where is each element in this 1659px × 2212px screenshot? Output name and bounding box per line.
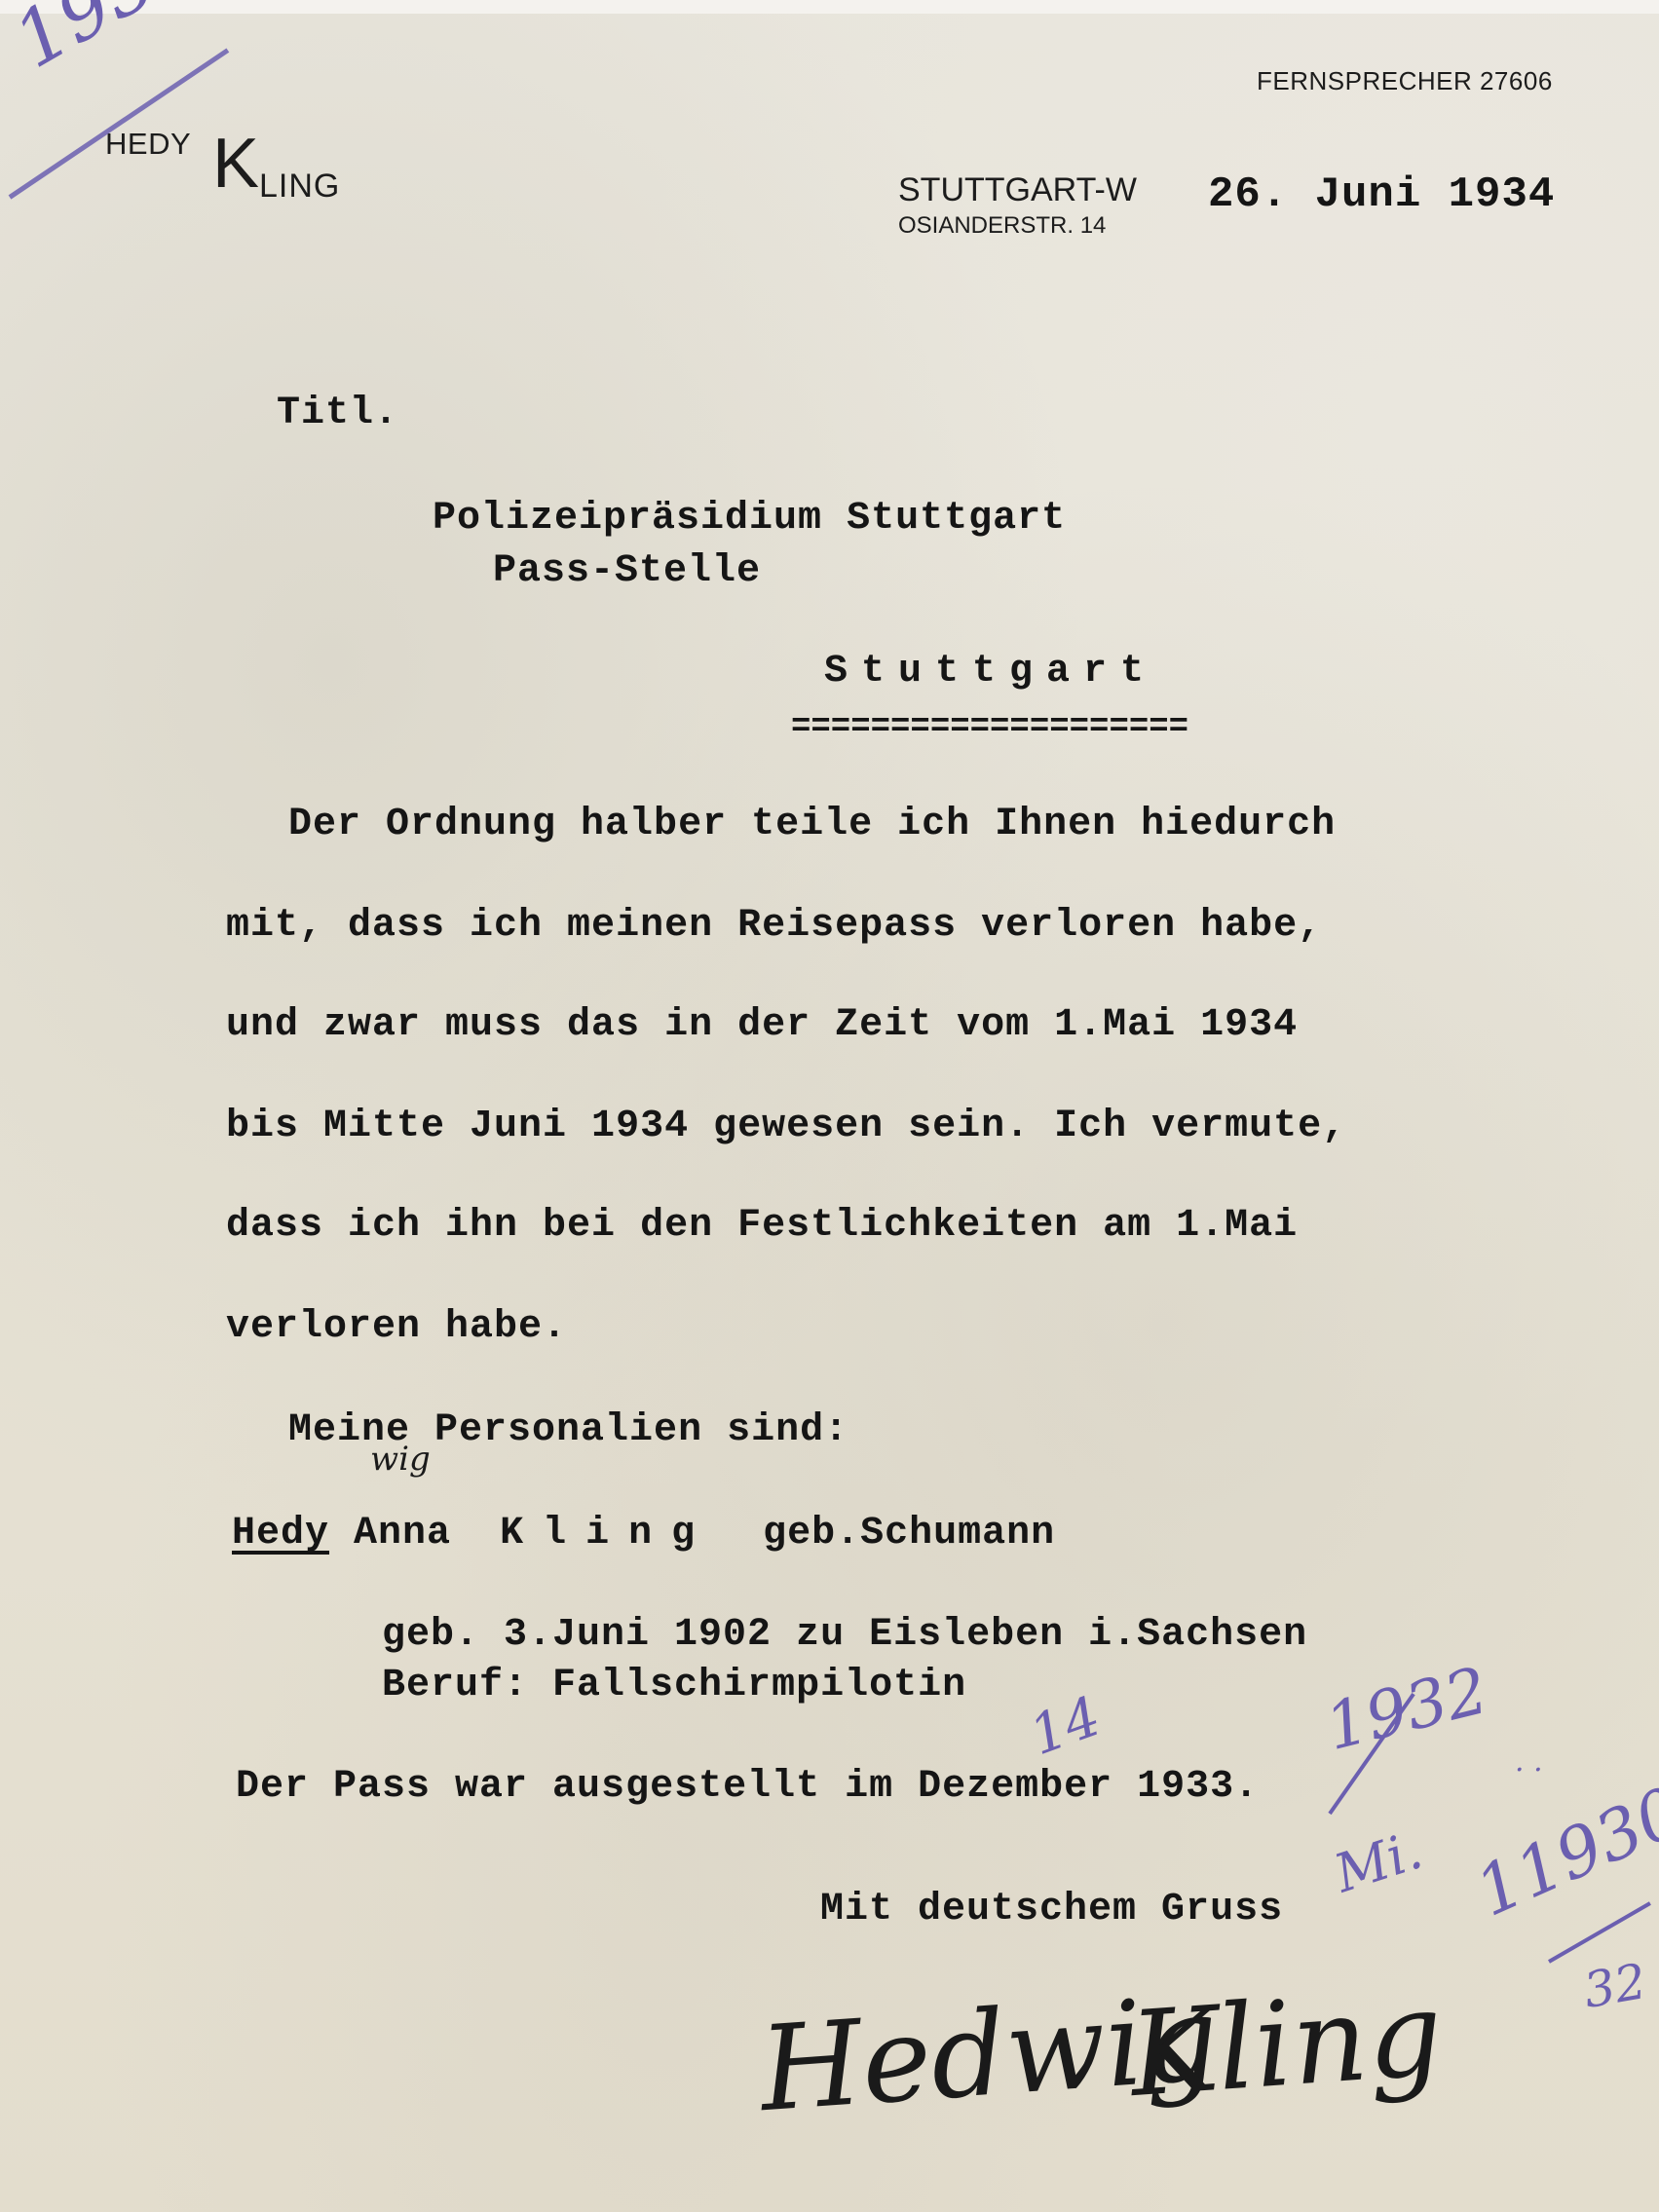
middle-name: Anna xyxy=(354,1512,451,1556)
letterhead-city: STUTTGART-W xyxy=(898,171,1137,209)
recipient-city-underline: ==================== xyxy=(791,709,1188,746)
body-line-6: verloren habe. xyxy=(226,1305,567,1349)
last-name: Kling xyxy=(500,1512,714,1556)
body-line-2: mit, dass ich meinen Reisepass verloren … xyxy=(226,904,1322,948)
recipient-city: Stuttgart xyxy=(824,650,1157,694)
annotation-dots: · · xyxy=(1515,1753,1543,1787)
recipient-line-1: Polizeipräsidium Stuttgart xyxy=(433,497,1066,541)
birth-details: geb. 3.Juni 1902 zu Eisleben i.Sachsen xyxy=(382,1613,1307,1657)
body-line-5: dass ich ihn bei den Festlichkeiten am 1… xyxy=(226,1204,1298,1248)
salutation: Titl. xyxy=(277,392,398,435)
annotation-note-denominator: 32 xyxy=(1579,1953,1650,2019)
closing-greeting: Mit deutschem Gruss xyxy=(820,1888,1283,1931)
passport-issue-line: Der Pass war ausgestellt im Dezember 193… xyxy=(236,1765,1259,1809)
body-line-4: bis Mitte Juni 1934 gewesen sein. Ich ve… xyxy=(226,1105,1346,1148)
full-name-line: Hedy Anna Kling geb.Schumann xyxy=(232,1512,1055,1556)
profession: Beruf: Fallschirmpilotin xyxy=(382,1664,966,1707)
letter-date: 26. Juni 1934 xyxy=(1208,170,1555,219)
letterhead-first-name: HEDY xyxy=(105,127,191,162)
letterhead-street: OSIANDERSTR. 14 xyxy=(898,212,1106,240)
letterhead-last-name-initial: K xyxy=(212,129,259,199)
letterhead-last-name-rest: LING xyxy=(259,168,340,206)
recipient-line-2: Pass-Stelle xyxy=(493,549,761,593)
signature-last-name: Kling xyxy=(1126,1967,1447,2123)
letterhead-phone: FERNSPRECHER 27606 xyxy=(1257,66,1553,96)
body-line-1: Der Ordnung halber teile ich Ihnen hiedu… xyxy=(288,803,1336,846)
body-line-3: und zwar muss das in der Zeit vom 1.Mai … xyxy=(226,1003,1298,1047)
annotation-name-correction: wig xyxy=(370,1440,431,1479)
maiden-name: geb.Schumann xyxy=(763,1512,1055,1556)
first-name: Hedy xyxy=(232,1512,329,1556)
paper-top-edge xyxy=(0,0,1659,14)
